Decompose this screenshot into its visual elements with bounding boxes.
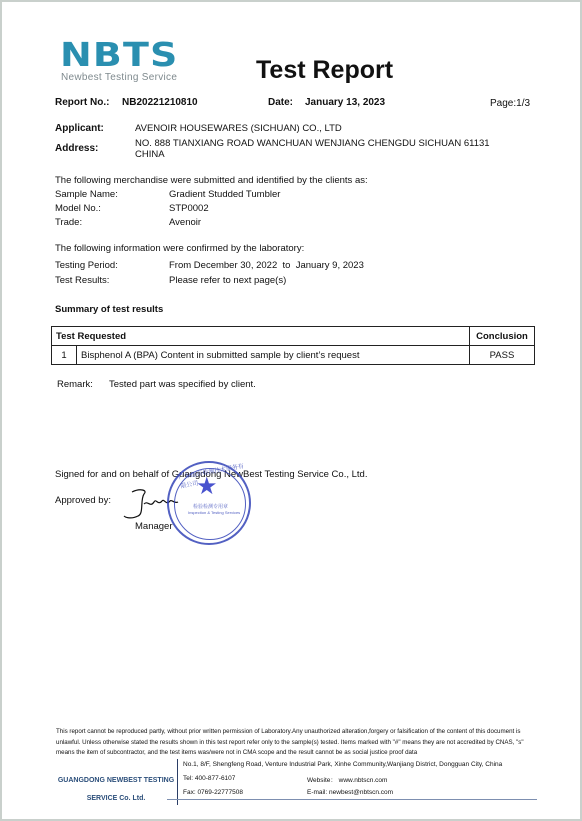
date-value: January 13, 2023 (305, 97, 385, 108)
test-results-label: Test Results: (55, 275, 109, 286)
table-row: 1 Bisphenol A (BPA) Content in submitted… (52, 346, 535, 365)
footer-company-line-1: GUANGDONG NEWBEST TESTING (56, 772, 176, 790)
applicant-label: Applicant: (55, 123, 104, 134)
star-icon: ★ (196, 475, 218, 499)
column-test-requested: Test Requested (52, 327, 470, 346)
approved-by-label: Approved by: (55, 495, 111, 506)
date-label: Date: (268, 97, 293, 108)
nbts-logo: NBTS (60, 40, 179, 70)
report-no-value: NB20221210810 (122, 97, 198, 108)
company-stamp: 广东纽百检测技术服务有限公司 ★ 检验检测专用章 Inspection & Te… (167, 461, 251, 545)
trade-label: Trade: (55, 217, 82, 228)
remark-label: Remark: (57, 379, 93, 390)
address-line-2: CHINA (135, 149, 165, 160)
footer-company: GUANGDONG NEWBEST TESTING SERVICE Co. Lt… (56, 772, 176, 808)
page-title: Test Report (256, 56, 393, 85)
row-conclusion: PASS (470, 346, 535, 365)
footer-website: Website： www.nbtscn.com (307, 775, 387, 784)
footer-email: E-mail: newbest@nbtscn.com (307, 789, 393, 796)
footer-company-line-2: SERVICE Co. Ltd. (56, 790, 176, 808)
laboratory-intro: The following information were confirmed… (55, 243, 304, 254)
page-number: Page:1/3 (490, 98, 530, 109)
model-no-label: Model No.: (55, 203, 101, 214)
testing-period-value: From December 30, 2022 to January 9, 202… (169, 260, 364, 271)
stamp-english-text: Inspection & Testing Services (188, 510, 240, 515)
trade-value: Avenoir (169, 217, 201, 228)
stamp-chinese-text: 检验检测专用章 (193, 503, 228, 510)
footer-address: No.1, 8/F, Shengfeng Road, Venture Indus… (183, 761, 502, 768)
summary-heading: Summary of test results (55, 304, 163, 315)
address-line-1: NO. 888 TIANXIANG ROAD WANCHUAN WENJIANG… (135, 138, 490, 149)
summary-table: Test Requested Conclusion 1 Bisphenol A … (51, 326, 535, 365)
remark-text: Tested part was specified by client. (109, 379, 256, 390)
test-results-value: Please refer to next page(s) (169, 275, 286, 286)
column-conclusion: Conclusion (470, 327, 535, 346)
footer-tel: Tel: 400-877-6107 (183, 775, 235, 782)
footer-disclaimer: This report cannot be reproduced partly,… (56, 727, 530, 759)
logo-subtitle: Newbest Testing Service (61, 72, 177, 83)
model-no-value: STP0002 (169, 203, 209, 214)
address-label: Address: (55, 143, 98, 154)
report-page: NBTS Newbest Testing Service Test Report… (0, 0, 582, 821)
footer-fax: Fax: 0769-22777508 (183, 789, 243, 796)
footer-horizontal-divider (167, 799, 537, 800)
row-test: Bisphenol A (BPA) Content in submitted s… (77, 346, 470, 365)
row-number: 1 (52, 346, 77, 365)
table-header-row: Test Requested Conclusion (52, 327, 535, 346)
sample-name-label: Sample Name: (55, 189, 118, 200)
merchandise-intro: The following merchandise were submitted… (55, 175, 368, 186)
testing-period-label: Testing Period: (55, 260, 118, 271)
sample-name-value: Gradient Studded Tumbler (169, 189, 280, 200)
report-no-label: Report No.: (55, 97, 109, 108)
applicant-value: AVENOIR HOUSEWARES (SICHUAN) CO., LTD (135, 123, 342, 134)
